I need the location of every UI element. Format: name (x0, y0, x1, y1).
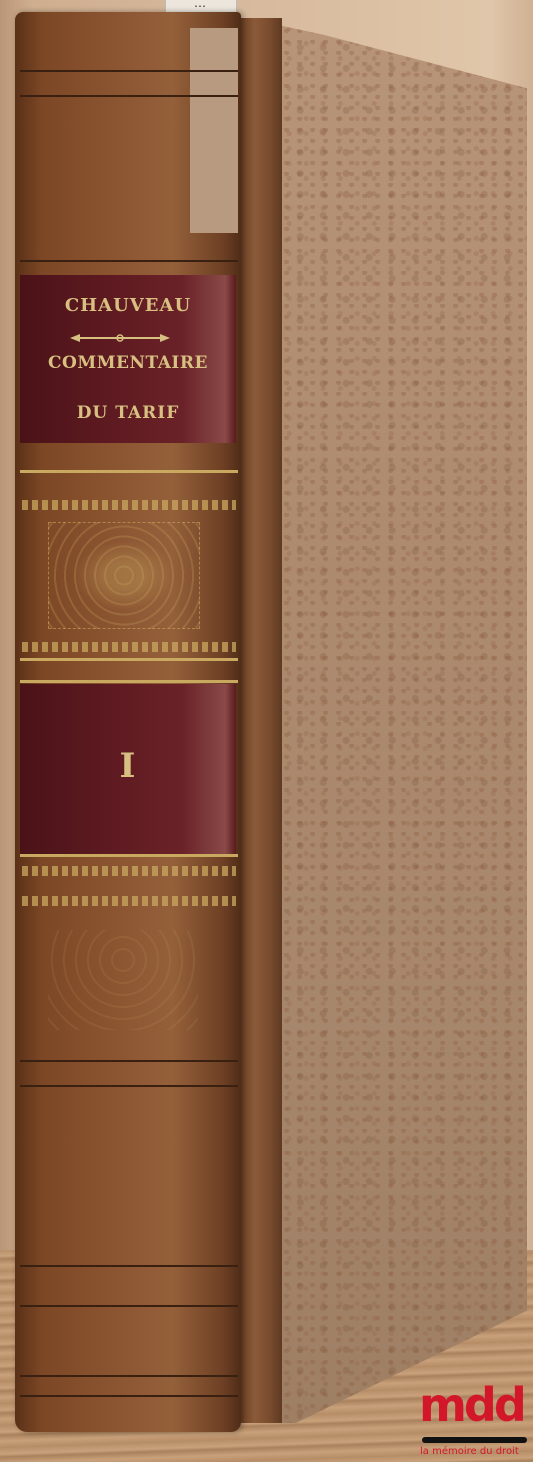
spine-rule (20, 1305, 238, 1307)
gilt-line (20, 470, 238, 473)
gilt-floral-panel (48, 522, 200, 629)
gilt-ornament-band (22, 500, 236, 510)
volume-number: I (20, 746, 236, 786)
gilt-line (20, 658, 238, 661)
logo-mark: mdd (419, 1380, 524, 1430)
spine-worn-patch (190, 28, 238, 233)
book-front-cover (245, 18, 527, 1423)
gilt-ornament-band (22, 866, 236, 876)
spine-rule (20, 1085, 238, 1087)
book-hinge (240, 18, 282, 1423)
logo-underline (422, 1437, 527, 1443)
spine-rule (20, 1395, 238, 1397)
spine-rule (20, 95, 238, 97)
title-line-1: COMMENTAIRE (20, 353, 236, 373)
spine-rule (20, 1060, 238, 1062)
title-line-2: DU TARIF (20, 403, 236, 423)
spine-rule (20, 260, 238, 262)
logo-tagline: la mémoire du droit (420, 1446, 519, 1457)
gilt-line (20, 854, 238, 857)
mdd-watermark-logo: mdd la mémoire du droit (412, 1380, 530, 1460)
spine-rule (20, 70, 238, 72)
worn-gilt-panel (48, 930, 198, 1030)
spine-title-label: CHAUVEAU COMMENTAIRE DU TARIF (20, 275, 236, 443)
author-name: CHAUVEAU (20, 295, 236, 316)
spine-volume-label: I (20, 684, 236, 854)
spine-rule (20, 1265, 238, 1267)
gilt-line (20, 680, 238, 683)
double-arrow-ornament-icon (70, 333, 170, 343)
gilt-ornament-band (22, 642, 236, 652)
gilt-ornament-band (22, 896, 236, 906)
spine-rule (20, 1375, 238, 1377)
